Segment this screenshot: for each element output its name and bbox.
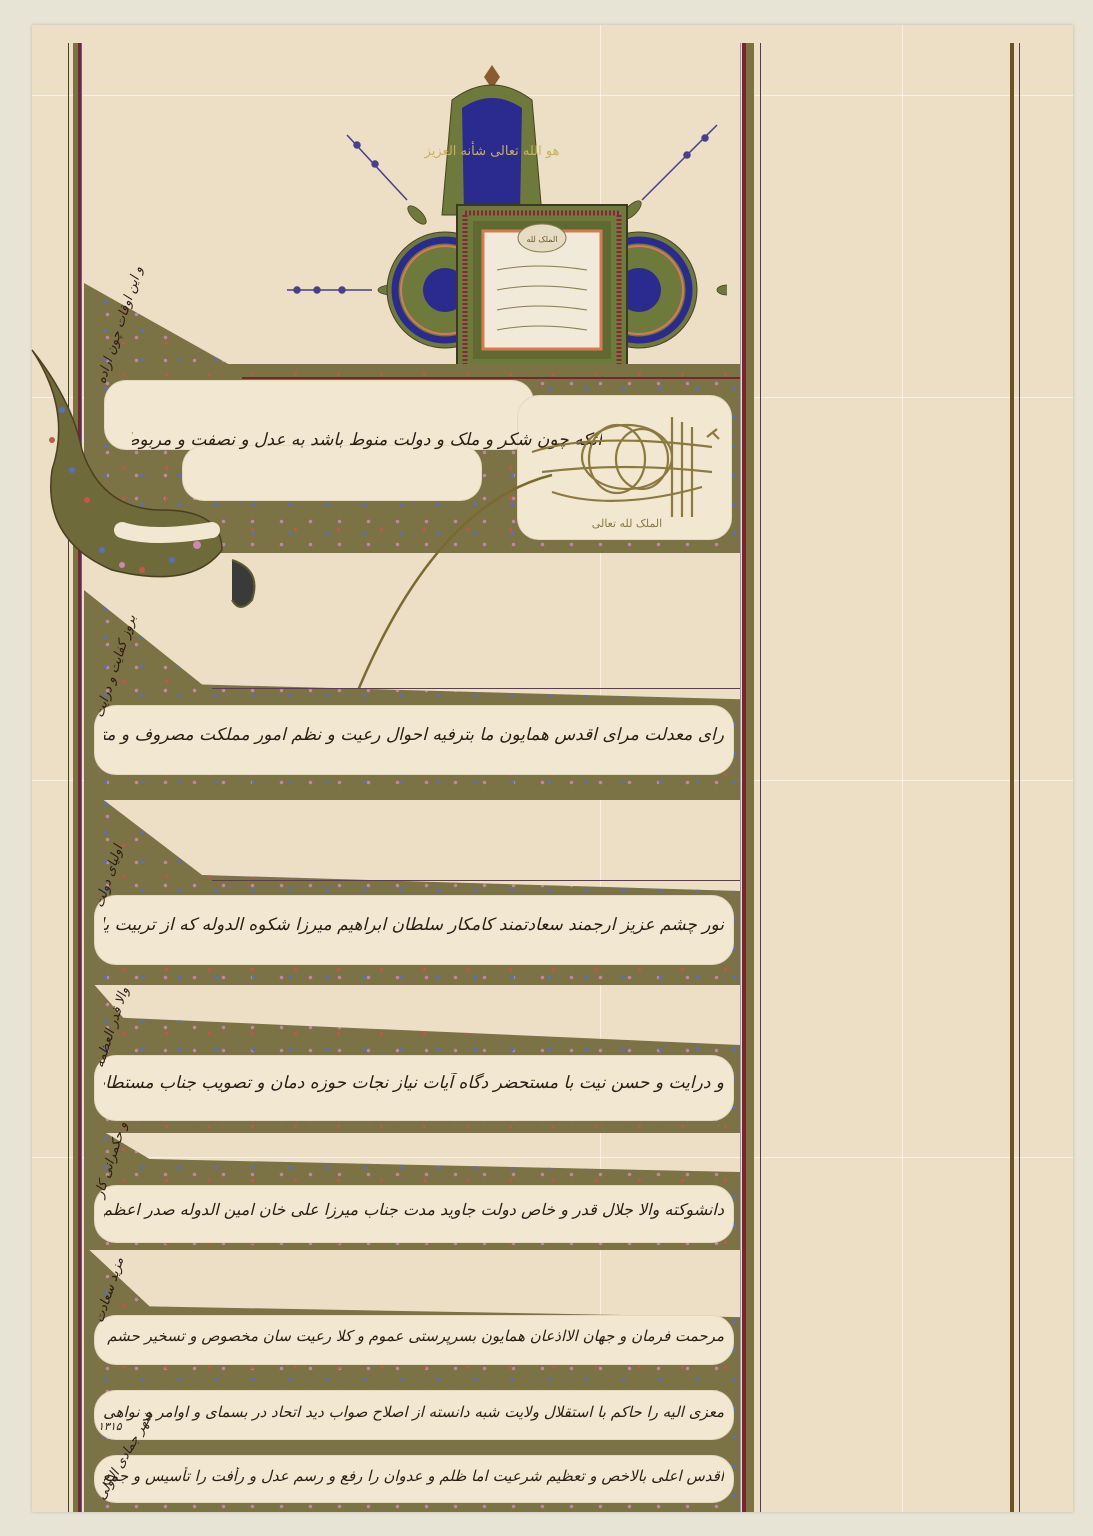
text-line-8: اقدس اعلی بالاخص و تعظیم شرعیت اما ظلم و…: [104, 1467, 724, 1485]
band-edge-rule: [212, 688, 740, 689]
svg-text:الملک لله تعالی: الملک لله تعالی: [592, 517, 662, 530]
fold-line: [32, 1157, 1073, 1158]
band-edge-rule: [212, 880, 740, 881]
text-line-4: و درایت و حسن نیت با مستحضر دگاه آیات نی…: [104, 1073, 724, 1093]
fold-line: [902, 25, 903, 1512]
band-edge-rule: [242, 377, 740, 379]
invocation-text: هو الله تعالی شأنه العزیز: [424, 141, 560, 159]
left-border-rule: [68, 43, 84, 1512]
text-line-2: رای معدلت مرای اقدس همایون ما بترفیه احو…: [104, 725, 724, 745]
right-border-rule: [740, 43, 762, 1512]
manuscript-page: هو الله تعالی شأنه العزیز الملک لله آنکه…: [32, 25, 1073, 1512]
tughra-stroke: [332, 465, 562, 715]
paisley-ornament: [2, 320, 262, 620]
text-line-3: نور چشم عزیز ارجمند سعادتمند کامکار سلطا…: [104, 915, 724, 935]
outer-right-rule: [1010, 43, 1022, 1512]
date-note: ۱۳۱۵: [98, 1420, 122, 1433]
seal-text: الملک لله: [526, 235, 557, 244]
text-line-6: مرحمت فرمان و جهان الااذعان همایون بسرپر…: [104, 1327, 724, 1345]
text-line-5: دانشوکته والا جلال قدر و خاص دولت جاوید …: [104, 1200, 724, 1219]
text-line-7: معزی الیه را حاکم با استقلال ولایت شبه د…: [104, 1403, 724, 1421]
illuminated-header-ornament: هو الله تعالی شأنه العزیز الملک لله: [257, 50, 727, 405]
